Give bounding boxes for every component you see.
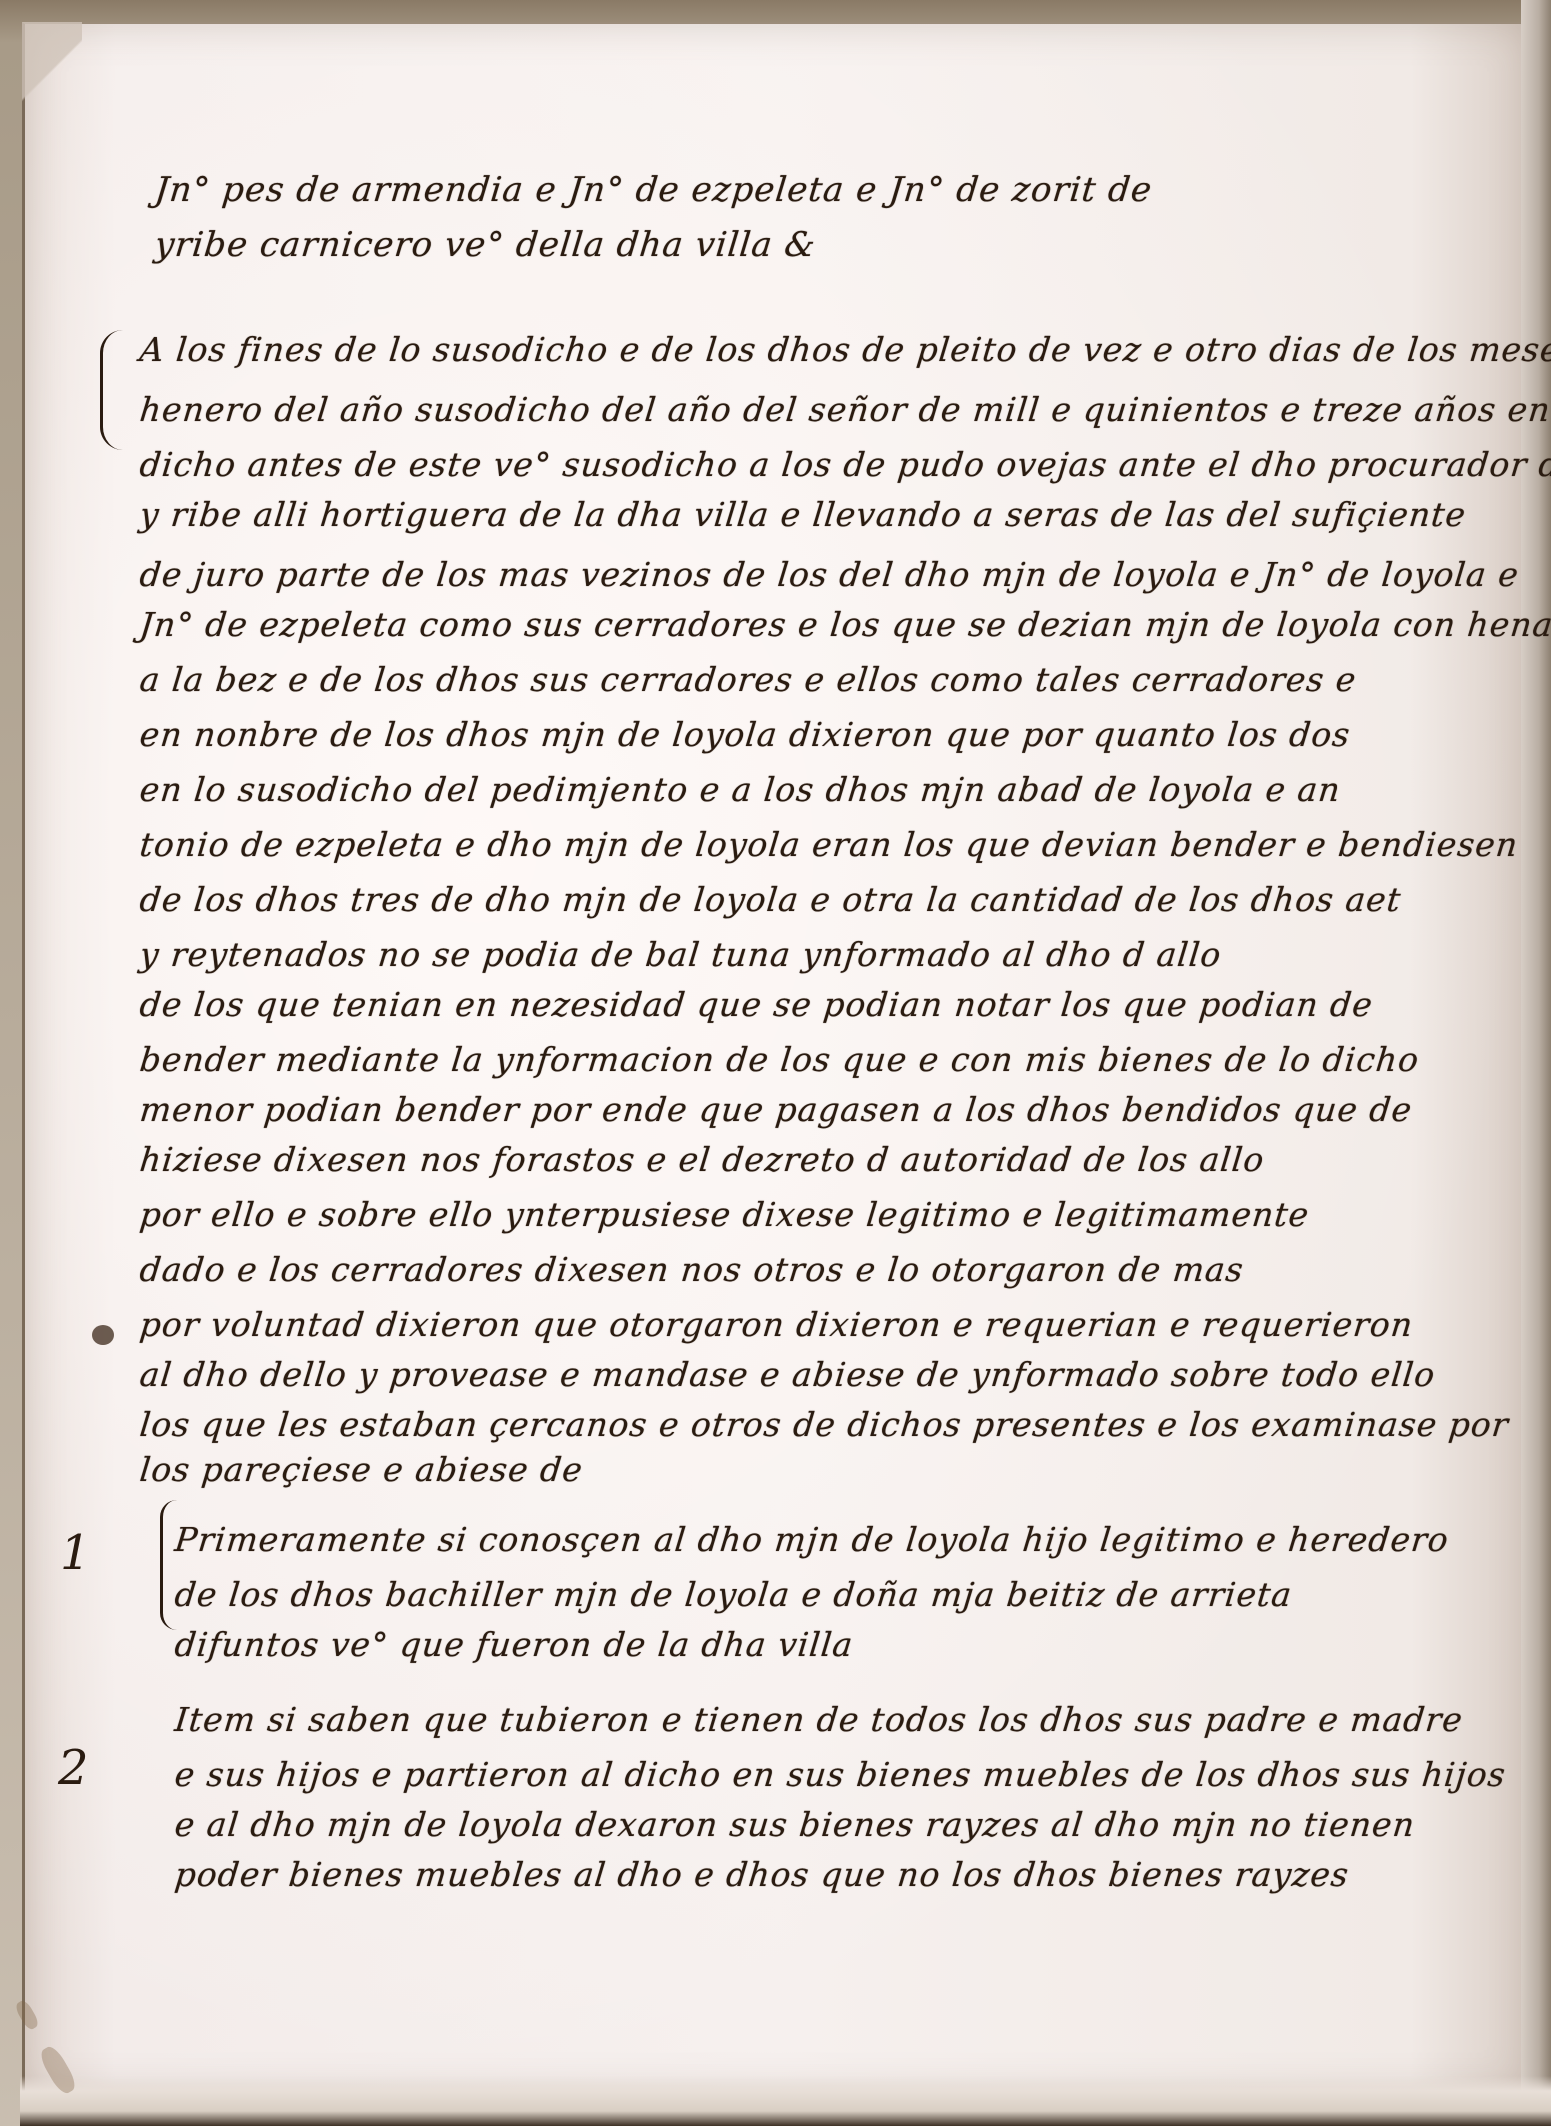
text-line: Jn° de ezpeleta como sus cerradores e lo… [138, 605, 1551, 644]
text-line: y reytenados no se podia de bal tuna ynf… [138, 935, 1224, 974]
text-line: bender mediante la ynformacion de los qu… [138, 1040, 1421, 1079]
text-line: hiziese dixesen nos forastos e el dezret… [138, 1140, 1267, 1179]
text-line: al dho dello y provease e mandase e abie… [138, 1355, 1437, 1394]
text-line: Item si saben que tubieron e tienen de t… [173, 1700, 1465, 1739]
ink-blot [92, 1325, 114, 1345]
text-line: e al dho mjn de loyola dexaron sus biene… [173, 1805, 1417, 1844]
text-line: Primeramente si conosçen al dho mjn de l… [173, 1520, 1451, 1559]
text-line: en nonbre de los dhos mjn de loyola dixi… [138, 715, 1353, 754]
text-line: los que les estaban çercanos e otros de … [138, 1405, 1511, 1444]
text-line: A los fines de lo susodicho e de los dho… [138, 330, 1551, 369]
heading-line: yribe carnicero ve° della dha villa & [153, 225, 818, 265]
text-line: difuntos ve° que fueron de la dha villa [173, 1625, 855, 1664]
text-line: henero del año susodicho del año del señ… [138, 390, 1551, 429]
text-line: por ello e sobre ello ynterpusiese dixes… [138, 1195, 1311, 1234]
text-line: de los dhos bachiller mjn de loyola e do… [173, 1575, 1294, 1614]
text-line: de los que tenian en nezesidad que se po… [138, 985, 1375, 1024]
paragraph-bracket [100, 330, 123, 450]
page-right-edge [1521, 0, 1551, 2126]
text-line: poder bienes muebles al dho e dhos que n… [173, 1855, 1351, 1894]
text-line: menor podian bender por ende que pagasen… [138, 1090, 1414, 1129]
text-line: de los dhos tres de dho mjn de loyola e … [138, 880, 1403, 919]
text-line: de juro parte de los mas vezinos de los … [138, 555, 1521, 594]
text-line: por voluntad dixieron que otorgaron dixi… [138, 1305, 1415, 1344]
text-line: a la bez e de los dhos sus cerradores e … [138, 660, 1359, 699]
text-line: y ribe alli hortiguera de la dha villa e… [138, 495, 1468, 534]
page-bottom-edge [20, 2076, 1551, 2126]
text-line: los pareçiese e abiese de [138, 1450, 585, 1489]
margin-number: 2 [58, 1740, 89, 1796]
text-line: en lo susodicho del pedimjento e a los d… [138, 770, 1343, 809]
text-line: e sus hijos e partieron al dicho en sus … [173, 1755, 1508, 1794]
folded-corner [22, 22, 82, 122]
text-line: dicho antes de este ve° susodicho a los … [138, 445, 1551, 484]
margin-number: 1 [60, 1525, 91, 1581]
text-line: tonio de ezpeleta e dho mjn de loyola er… [138, 825, 1520, 864]
heading-line: Jn° pes de armendia e Jn° de ezpeleta e … [153, 170, 1154, 210]
text-line: dado e los cerradores dixesen nos otros … [138, 1250, 1246, 1289]
